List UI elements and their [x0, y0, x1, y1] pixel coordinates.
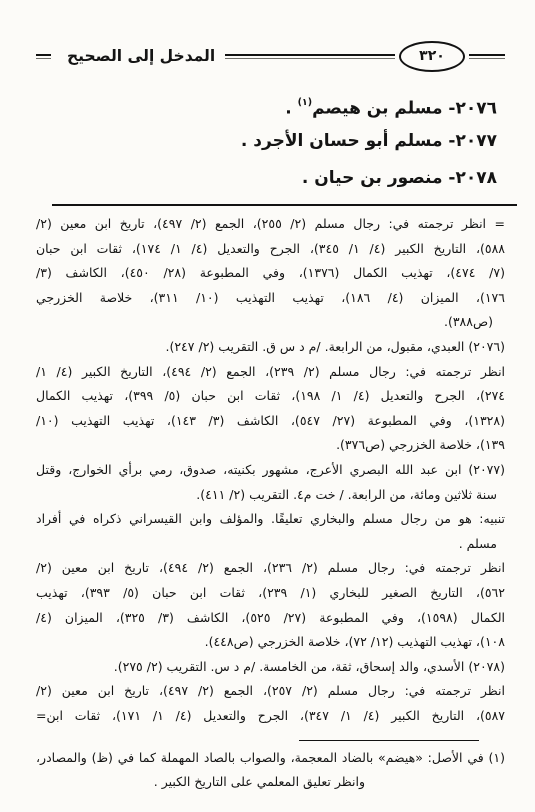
- header-rule-left: [36, 54, 51, 59]
- footnotes-block: = انظر ترجمته في: رجال مسلم (٢/ ٢٥٥)، ال…: [36, 212, 505, 728]
- entry-period: .: [302, 168, 308, 188]
- entry-row-2078: ٢٠٧٨- منصور بن حيان .: [36, 160, 505, 197]
- footnote-line: ١٧٦)، الميزان (٤/ ١٨٦)، تهذيب التهذيب (١…: [36, 286, 505, 311]
- footnote-separator: [52, 204, 517, 206]
- footnote-line: (٢٠٧٨) الأسدي، والد إسحاق، ثقة، من الخام…: [36, 655, 505, 680]
- entry-period: .: [241, 131, 247, 151]
- footnote-line: ٢٧٤)، الجرح والتعديل (٤/ ١/ ١٩٨)، ثقات ا…: [36, 384, 505, 409]
- entry-name: مسلم أبو حسان الأجرد: [253, 131, 442, 151]
- page-number: ٣٢٠: [419, 48, 445, 64]
- footnote-line: (١٣٢٨)، وفي المطبوعة (٢٧/ ٥٤٧)، الكاشف (…: [36, 409, 505, 434]
- footnote-line: الكمال (١٥٩٨)، وفي المطبوعة (٢٧/ ٥٢٥)، ا…: [36, 606, 505, 631]
- entry-row-2076: ٢٠٧٦- مسلم بن هيصم(١) .: [36, 86, 505, 123]
- footnote-line: سنة ثلاثين ومائة، من الرابعة. / خت م٤. ا…: [36, 483, 505, 508]
- footnote-line: ٥٦٢)، التاريخ الصغير للبخاري (١/ ٢٣٩)، ث…: [36, 581, 505, 606]
- bottom-note-line: وانظر تعليق المعلمي على التاريخ الكبير .: [36, 770, 505, 794]
- bottom-note-block: (١) في الأصل: «هيضم» بالضاد المعجمة، وال…: [36, 740, 505, 794]
- footnote-line: ٥٨٨)، التاريخ الكبير (٤/ ١/ ٣٤٥)، الجرح …: [36, 237, 505, 262]
- bottom-note-line: (١) في الأصل: «هيضم» بالضاد المعجمة، وال…: [36, 746, 505, 770]
- entry-name: منصور بن حيان: [314, 168, 442, 188]
- footnote-line: = انظر ترجمته في: رجال مسلم (٢/ ٢٥٥)، ال…: [36, 212, 505, 237]
- footnote-line: انظر ترجمته في: رجال مسلم (٢/ ٢٣٦)، الجم…: [36, 556, 505, 581]
- entry-period: .: [285, 99, 291, 119]
- footnote-line: ٥٨٧)، التاريخ الكبير (٤/ ١/ ٣٤٧)، الجرح …: [36, 704, 505, 729]
- header-rule-middle: [225, 54, 395, 59]
- entry-number: ٢٠٧٧-: [448, 131, 497, 151]
- footnote-line: ١٣٩)، خلاصة الخزرجي (ص٣٧٦).: [36, 433, 505, 458]
- book-title: المدخل إلى الصحيح: [67, 47, 215, 65]
- entry-number: ٢٠٧٨-: [448, 168, 497, 188]
- footnote-line: (٧/ ٤٧٤)، تهذيب الكمال (١٣٧٦)، وفي المطب…: [36, 261, 505, 286]
- footnote-line: (٢٠٧٦) العبدي، مقبول، من الرابعة. /م د س…: [36, 335, 505, 360]
- header-rule-right: [469, 54, 505, 59]
- footnote-line: انظر ترجمته في: رجال مسلم (٢/ ٢٣٩)، الجم…: [36, 360, 505, 385]
- entry-row-2077: ٢٠٧٧- مسلم أبو حسان الأجرد .: [36, 123, 505, 160]
- footnote-line: مسلم .: [36, 532, 505, 557]
- footnote-line: (ص٣٨٨).: [36, 310, 505, 335]
- footnote-line: (٢٠٧٧) ابن عبد الله البصري الأعرج، مشهور…: [36, 458, 505, 483]
- footnote-line: انظر ترجمته في: رجال مسلم (٢/ ٢٥٧)، الجم…: [36, 679, 505, 704]
- page-number-badge: ٣٢٠: [399, 41, 465, 72]
- entries-list: ٢٠٧٦- مسلم بن هيصم(١) . ٢٠٧٧- مسلم أبو ح…: [36, 86, 505, 197]
- page-header: المدخل إلى الصحيح ٣٢٠: [36, 42, 505, 70]
- footnote-line: ١٠٨)، تهذيب التهذيب (١٢/ ٧٢)، خلاصة الخز…: [36, 630, 505, 655]
- entry-footnote-ref: (١): [298, 97, 313, 108]
- entry-number: ٢٠٧٦-: [448, 99, 497, 119]
- entry-name: مسلم بن هيصم: [312, 99, 442, 119]
- footnote-line: تنبيه: هو من رجال مسلم والبخاري تعليقًا.…: [36, 507, 505, 532]
- bottom-note-separator: [299, 740, 479, 741]
- book-page: المدخل إلى الصحيح ٣٢٠ ٢٠٧٦- مسلم بن هيصم…: [0, 0, 535, 812]
